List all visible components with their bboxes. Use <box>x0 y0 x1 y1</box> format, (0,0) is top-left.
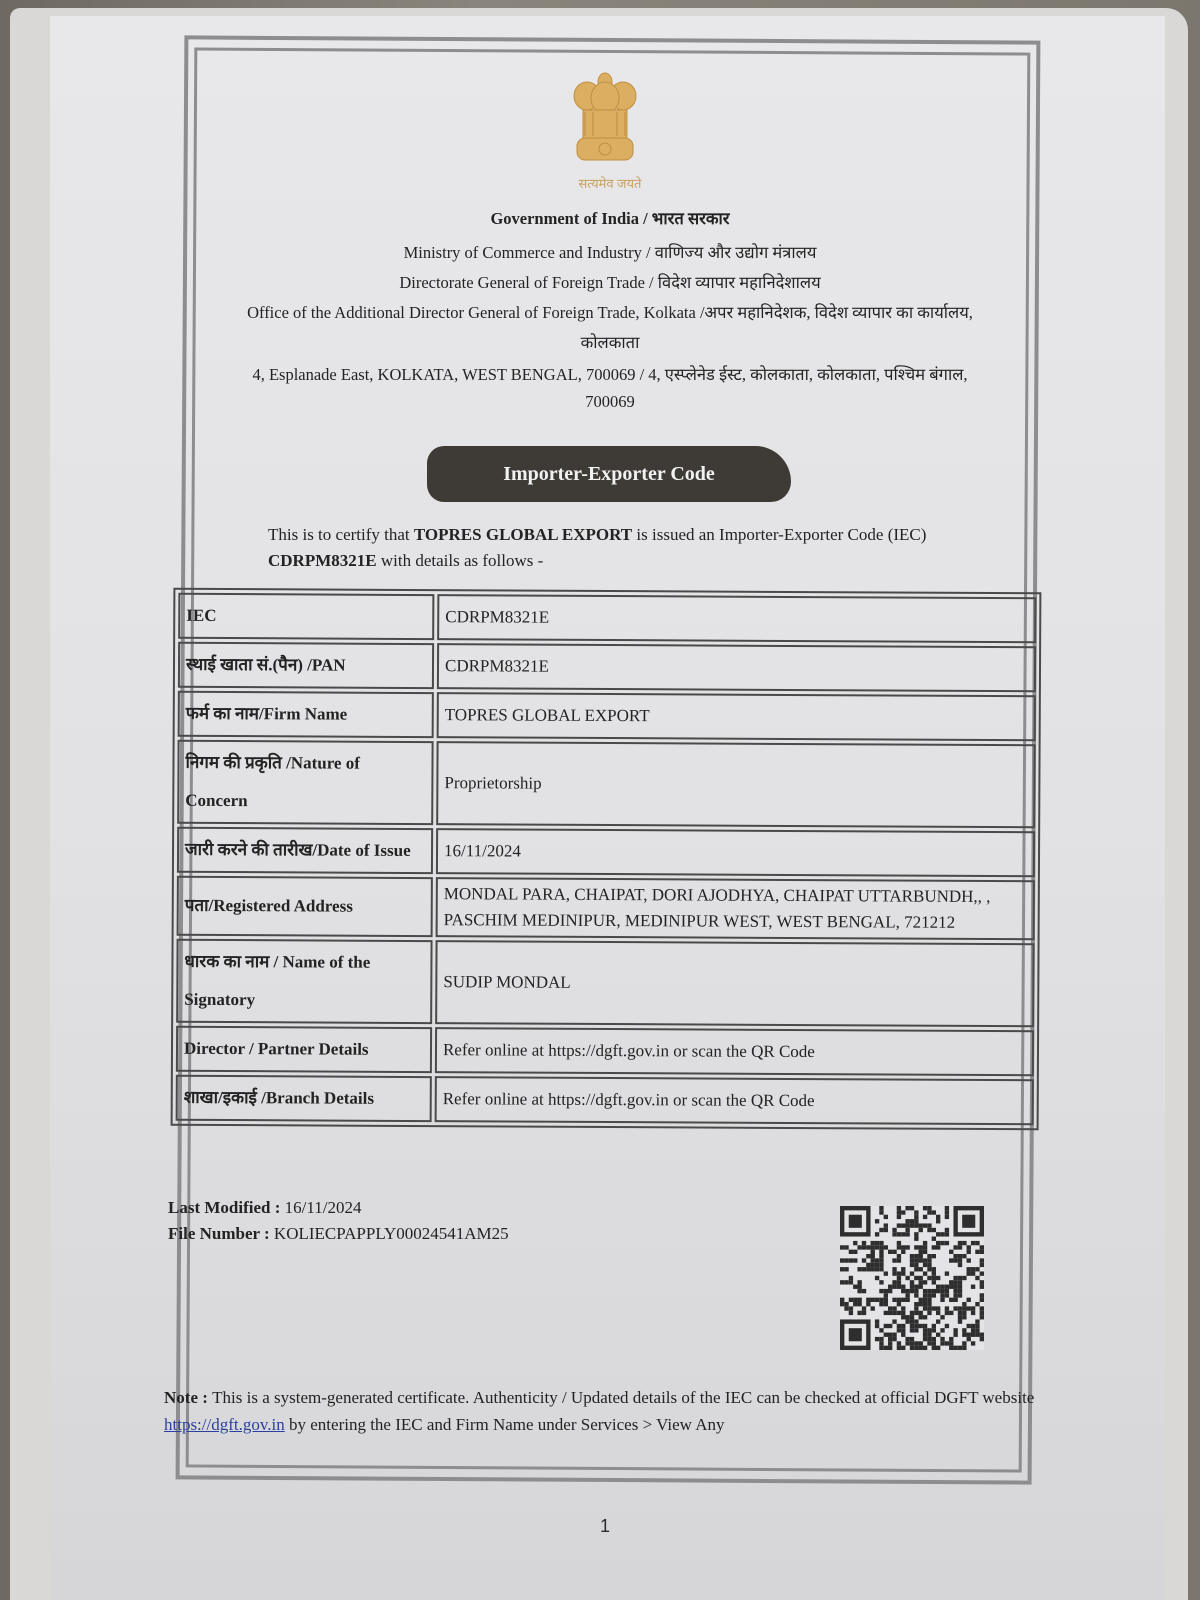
table-row: IECCDRPM8321E <box>178 593 1036 643</box>
office-address: 4, Esplanade East, KOLKATA, WEST BENGAL,… <box>150 362 1070 385</box>
table-row: Director / Partner DetailsRefer online a… <box>176 1026 1034 1076</box>
row-value: Proprietorship <box>436 741 1035 828</box>
certification-statement: This is to certify that TOPRES GLOBAL EX… <box>268 522 968 574</box>
qr-code-icon <box>840 1206 984 1350</box>
row-label: जारी करने की तारीख/Date of Issue <box>177 827 433 874</box>
row-label: स्थाई खाता सं.(पैन) /PAN <box>178 642 434 689</box>
iec-details-table: IECCDRPM8321E स्थाई खाता सं.(पैन) /PANCD… <box>171 588 1042 1131</box>
row-label: IEC <box>178 593 434 640</box>
row-value: Refer online at https://dgft.gov.in or s… <box>435 1076 1034 1125</box>
certify-firm-name: TOPRES GLOBAL EXPORT <box>414 525 632 544</box>
certify-suffix: with details as follows - <box>377 551 544 570</box>
last-modified-value: 16/11/2024 <box>285 1198 362 1217</box>
row-value: 16/11/2024 <box>436 828 1035 877</box>
certificate-content: सत्यमेव जयते Government of India / भारत … <box>150 60 1070 1480</box>
table-row: धारक का नाम / Name of the SignatorySUDIP… <box>176 939 1034 1027</box>
row-label: फर्म का नाम/Firm Name <box>178 691 434 738</box>
office-line: Office of the Additional Director Genera… <box>150 300 1070 323</box>
row-value: SUDIP MONDAL <box>435 940 1034 1027</box>
last-modified: Last Modified : 16/11/2024 <box>168 1198 361 1218</box>
certify-iec: CDRPM8321E <box>268 551 377 570</box>
table-row: पता/Registered AddressMONDAL PARA, CHAIP… <box>177 876 1035 940</box>
emblem-motto: सत्यमेव जयते <box>150 174 1070 192</box>
file-number-label: File Number : <box>168 1224 274 1243</box>
row-value: Refer online at https://dgft.gov.in or s… <box>435 1027 1034 1076</box>
office-pincode: 700069 <box>150 392 1070 412</box>
table-row: निगम की प्रकृति /Nature of ConcernPropri… <box>177 740 1035 828</box>
note-text-continued: by entering the IEC and Firm Name under … <box>285 1415 725 1434</box>
certify-middle: is issued an Importer-Exporter Code (IEC… <box>632 525 926 544</box>
footer-note: Note : This is a system-generated certif… <box>164 1384 1044 1438</box>
last-modified-label: Last Modified : <box>168 1198 285 1217</box>
table-row: फर्म का नाम/Firm NameTOPRES GLOBAL EXPOR… <box>178 691 1036 741</box>
table-row: स्थाई खाता सं.(पैन) /PANCDRPM8321E <box>178 642 1036 692</box>
note-label: Note : <box>164 1388 212 1407</box>
national-emblem-icon <box>565 68 645 178</box>
document-title-text: Importer-Exporter Code <box>503 463 715 486</box>
row-label: Director / Partner Details <box>176 1026 432 1073</box>
office-line-city: कोलकाता <box>150 330 1070 353</box>
row-label: पता/Registered Address <box>177 876 433 937</box>
directorate-line: Directorate General of Foreign Trade / व… <box>150 270 1070 293</box>
row-value: MONDAL PARA, CHAIPAT, DORI AJODHYA, CHAI… <box>436 877 1035 940</box>
row-label: धारक का नाम / Name of the Signatory <box>176 939 432 1024</box>
row-label: शाखा/इकाई /Branch Details <box>176 1075 432 1122</box>
table-row: जारी करने की तारीख/Date of Issue16/11/20… <box>177 827 1035 877</box>
file-number-value: KOLIECPAPPLY00024541AM25 <box>274 1224 509 1243</box>
table-row: शाखा/इकाई /Branch DetailsRefer online at… <box>176 1075 1034 1125</box>
file-number: File Number : KOLIECPAPPLY00024541AM25 <box>168 1224 509 1244</box>
dgft-website-link[interactable]: https://dgft.gov.in <box>164 1415 285 1434</box>
document-title: Importer-Exporter Code <box>427 446 791 502</box>
ministry-line: Ministry of Commerce and Industry / वाणि… <box>150 240 1070 263</box>
row-label: निगम की प्रकृति /Nature of Concern <box>177 740 433 825</box>
page-number: 1 <box>600 1516 610 1537</box>
row-value: CDRPM8321E <box>437 643 1036 692</box>
government-title: Government of India / भारत सरकार <box>150 206 1070 229</box>
row-value: CDRPM8321E <box>437 594 1036 643</box>
certify-prefix: This is to certify that <box>268 525 414 544</box>
row-value: TOPRES GLOBAL EXPORT <box>437 692 1036 741</box>
note-text: This is a system-generated certificate. … <box>212 1388 1034 1407</box>
